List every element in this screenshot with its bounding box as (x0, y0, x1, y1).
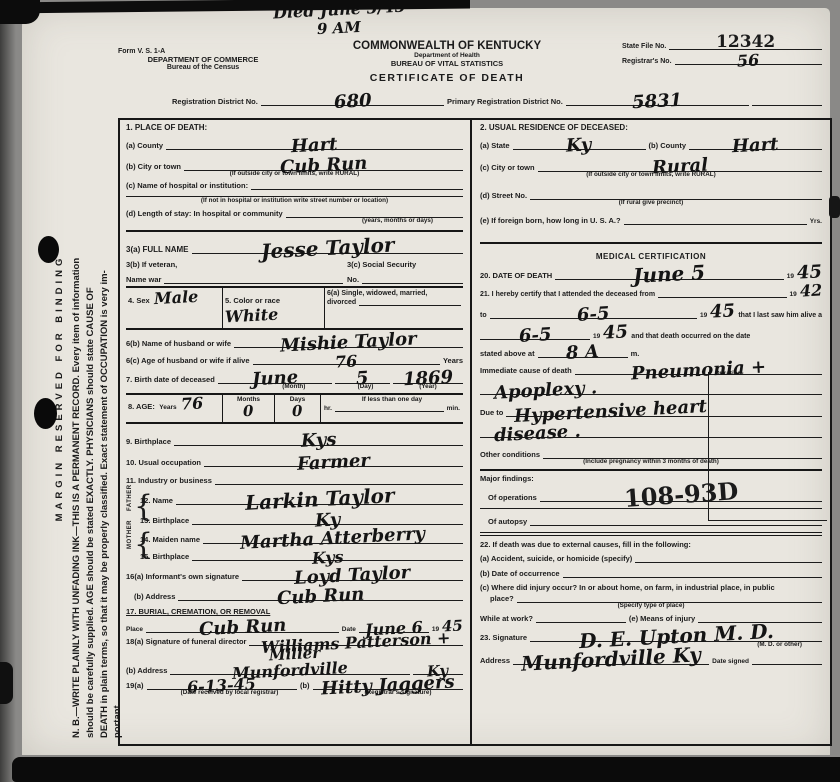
s2-state-label: (a) State (480, 141, 510, 150)
ext-a-label: (a) Accident, suicide, or homicide (spec… (480, 554, 632, 563)
of-autopsy-label: Of autopsy (480, 517, 527, 526)
immediate-cause-label: Immediate cause of death (480, 366, 572, 375)
burial-date-label: Date (342, 626, 356, 633)
color-race-value: White (225, 308, 279, 324)
physician-address: Munfordville Ky (521, 646, 702, 672)
c2-date: 6-5 (577, 306, 610, 323)
immediate-cause-value: Pneumonia + (630, 359, 766, 381)
spouse-birth-block: 6(b) Name of husband or wife Mishie Tayl… (126, 335, 463, 395)
medical-certification-title: MEDICAL CERTIFICATION (480, 252, 822, 261)
dept-health: Department of Health (302, 52, 592, 59)
age-less-cap: If less than one day (324, 396, 460, 403)
file-numbers: State File No. 12342 Registrar's No. 56 (622, 32, 822, 65)
informant-address-row: (b) Address Cub Run (126, 589, 463, 601)
mother-bp-label: 15. Birthplace (140, 552, 189, 561)
dod-value: June 5 (633, 264, 706, 285)
s2-city-note: (If outside city or town limits, write R… (480, 172, 822, 179)
veteran-war-label: Name war (126, 275, 161, 284)
ext-c-label: (c) Where did injury occur? In or about … (480, 583, 822, 592)
father-caption: FATHER (127, 503, 133, 511)
veteran-ssn-row: 3(b) If veteran, Name war 3(c) Social Se… (126, 258, 463, 288)
agency-block: Form V. S. 1-A DEPARTMENT OF COMMERCE Bu… (118, 48, 288, 71)
form-box: 1. PLACE OF DEATH: (a) County Hart (b) C… (118, 118, 832, 746)
marital-label: 6(a) Single, widowed, married, (327, 290, 461, 297)
certificate-title: CERTIFICATE OF DEATH (302, 72, 592, 84)
stated-above-row: stated above at 8 A m. (480, 345, 822, 357)
due-to-value2: disease . (494, 423, 581, 443)
c1-year: 42 (799, 284, 822, 299)
occupation-value: Farmer (297, 453, 371, 472)
sex-value: Male (154, 290, 199, 306)
ssn-no-label: No. (347, 275, 359, 284)
age-years-cap: Years (159, 404, 176, 411)
age-months: 0 (243, 405, 254, 418)
birth-day: 5 (356, 371, 369, 387)
s2-foreign-label: (e) If foreign born, how long in U. S. A… (480, 216, 621, 225)
certify-line3: 6-5 19 45 and that death occurred on the… (480, 325, 822, 340)
sex-label: 4. Sex (128, 296, 150, 305)
death-certificate-scan: MARGIN RESERVED FOR BINDING N. B.—WRITE … (0, 0, 840, 782)
date-of-death-row: 20. DATE OF DEATH June 5 19 45 (480, 265, 822, 280)
date-received-value: 6-13-45 (187, 678, 257, 695)
mother-bp-value: Kys (312, 550, 344, 565)
birth-month: June (251, 370, 298, 388)
ext-c-label2: place? (480, 594, 514, 603)
s2-state-value: Ky (566, 137, 592, 154)
birthplace-value: Kys (300, 433, 336, 450)
scan-black-bar-bottom (12, 757, 840, 782)
age-label: 8. AGE: (128, 402, 155, 411)
father-block: FATHER{ 12. Name Larkin Taylor 13. Birth… (126, 489, 463, 525)
occupation-label: 10. Usual occupation (126, 458, 201, 467)
regdist-number: 680 (333, 93, 371, 110)
burial-block: 17. BURIAL, CREMATION, OR REMOVAL Place … (126, 607, 463, 697)
c2-year: 45 (710, 303, 736, 320)
form-number: Form V. S. 1-A (118, 48, 288, 55)
primary-regdist-number: 5831 (632, 93, 683, 111)
margin-note-line: should be carefully supplied. AGE should… (84, 38, 98, 738)
bureau-vital: BUREAU OF VITAL STATISTICS (302, 59, 592, 68)
s1-county-label: (a) County (126, 141, 163, 150)
ext-c-cap: (Specify type of place) (480, 603, 822, 610)
informant-label: 16(a) Informant's own signature (126, 572, 239, 581)
burial-place-value: Cub Run (198, 618, 286, 638)
ext-means-label: (e) Means of injury (629, 614, 695, 623)
birthplace-label: 9. Birthplace (126, 437, 171, 446)
top-note-time: 9 AM (317, 21, 362, 36)
registration-district-row: Registration District No. 680 Primary Re… (172, 94, 822, 106)
immediate-cause-value2: Apoplexy . (494, 380, 598, 401)
sig-address-label: Address (480, 656, 510, 665)
c2-yr-pre: 19 (700, 312, 707, 319)
s1-hospital-note: (If not in hospital or institution write… (126, 196, 463, 205)
occupation-row: 10. Usual occupation Farmer (126, 455, 463, 467)
spouse-age-value: 76 (335, 354, 358, 369)
dod-year: 45 (797, 264, 823, 281)
certify-text1: 21. I hereby certify that I attended the… (480, 291, 655, 298)
sig-label: 23. Signature (480, 633, 527, 642)
dod-yr-pre: 19 (787, 273, 794, 280)
ext-title: 22. If death was due to external causes,… (480, 540, 822, 549)
of-operations-label: Of operations (480, 493, 537, 502)
stated-time: 8 A (566, 345, 600, 362)
mother-block: MOTHER{ 14. Maiden name Martha Atterberr… (126, 529, 463, 561)
birthdate-label: 7. Birth date of deceased (126, 375, 215, 384)
age-row: 8. AGE: Years 76 Months 0 Days 0 If less… (126, 395, 463, 424)
margin-note-line: N. B.—WRITE PLAINLY WITH UNFADING INK—TH… (70, 38, 84, 738)
s1-city-value: Cub Run (279, 156, 367, 176)
father-name-value: Larkin Taylor (244, 487, 394, 512)
certificate-paper: MARGIN RESERVED FOR BINDING N. B.—WRITE … (22, 8, 830, 755)
birthplace-row: 9. Birthplace Kys (126, 433, 463, 445)
dod-label: 20. DATE OF DEATH (480, 271, 552, 280)
registrar-signature: Hitty Jaggers (321, 674, 455, 696)
c3-yr-pre: 19 (593, 333, 600, 340)
industry-label: 11. Industry or business (126, 476, 212, 485)
s1-hospital-label: (c) Name of hospital or institution: (126, 181, 248, 190)
m-cap: m. (631, 349, 640, 358)
s1-title: 1. PLACE OF DEATH: (126, 123, 463, 132)
r19a-label: 19(a) (126, 681, 144, 690)
age-years: 76 (181, 397, 204, 412)
s2-city-value: Rural (651, 158, 708, 176)
external-causes-block: 22. If death was due to external causes,… (480, 540, 822, 623)
title-block: COMMONWEALTH OF KENTUCKY Department of H… (302, 40, 592, 84)
primary-regdist-label: Primary Registration District No. (447, 97, 563, 106)
full-name-label: 3(a) FULL NAME (126, 245, 189, 254)
marital-label2: divorced (327, 299, 356, 306)
s2-city-label: (c) City or town (480, 163, 535, 172)
father-bp-label: 13. Birthplace (140, 516, 189, 525)
c3-date: 6-5 (518, 327, 551, 344)
section-place-of-death: 1. PLACE OF DEATH: (a) County Hart (b) C… (126, 123, 463, 232)
informant-address-value: Cub Run (277, 586, 365, 606)
c2-rest: that I last saw him alive a (738, 312, 822, 319)
c2-to: to (480, 312, 487, 319)
registrar-no-label: Registrar's No. (622, 58, 672, 65)
hr-cap: hr. (324, 405, 332, 412)
s2-county-label: (b) County (649, 141, 687, 150)
s1-stay-note: (years, months or days) (126, 218, 463, 225)
stated-label: stated above at (480, 349, 535, 358)
mother-name-label: 14. Maiden name (140, 535, 200, 544)
birth-year: 1869 (403, 370, 454, 388)
commonwealth-title: COMMONWEALTH OF KENTUCKY (302, 40, 592, 52)
full-name-row: 3(a) FULL NAME Jesse Taylor (126, 240, 463, 254)
funeral-address-label: (b) Address (126, 666, 167, 675)
min-cap: min. (447, 405, 460, 412)
section-usual-residence: 2. USUAL RESIDENCE OF DECEASED: (a) Stat… (480, 123, 822, 244)
binding-label: MARGIN RESERVED FOR BINDING (54, 38, 65, 738)
ssn-label: 3(c) Social Security (347, 260, 463, 269)
father-bp-value: Ky (315, 512, 341, 529)
punch-hole (34, 398, 57, 429)
c3-year: 45 (603, 325, 629, 342)
punch-hole (38, 236, 59, 263)
scan-artifact (0, 662, 13, 704)
spouse-label: 6(b) Name of husband or wife (126, 339, 231, 348)
bureau-census: Bureau of the Census (118, 64, 288, 71)
mother-caption: MOTHER (127, 541, 133, 549)
full-name-value: Jesse Taylor (260, 237, 394, 261)
informant-row: 16(a) Informant's own signature Loyd Tay… (126, 568, 463, 580)
s2-title: 2. USUAL RESIDENCE OF DECEASED: (480, 123, 822, 132)
age-days: 0 (292, 405, 303, 418)
s2-foreign-unit: Yrs. (810, 218, 822, 225)
ext-b-label: (b) Date of occurrence (480, 569, 560, 578)
operations-code: 108-93D (623, 481, 738, 508)
state-file-label: State File No. (622, 43, 666, 50)
c3-rest: and that death occurred on the date (631, 333, 750, 340)
due-to-label: Due to (480, 408, 503, 417)
date-signed-label: Date signed (712, 658, 749, 665)
due-to-value: Hypertensive heart (514, 399, 708, 424)
burial-place-label: Place (126, 626, 143, 633)
sex-color-marital-row: 4. Sex Male 5. Color or race White 6(a) … (126, 288, 463, 330)
s2-street-label: (d) Street No. (480, 191, 527, 200)
other-conditions-label: Other conditions (480, 450, 540, 459)
informant-address-label: (b) Address (126, 592, 175, 601)
r19b-label: (b) (300, 681, 310, 690)
regdist-label: Registration District No. (172, 97, 258, 106)
left-column: 1. PLACE OF DEATH: (a) County Hart (b) C… (120, 120, 472, 744)
s2-street-note: (If rural give precinct) (480, 200, 822, 207)
father-name-label: 12. Name (140, 496, 173, 505)
s2-county-value: Hart (732, 137, 779, 155)
margin-note-line: DEATH in plain terms, so that it may be … (98, 38, 112, 738)
certify-line2: to 6-5 19 45 that I last saw him alive a (480, 304, 822, 319)
state-file-number: 12342 (716, 32, 775, 52)
s1-stay-label: (d) Length of stay: In hospital or commu… (126, 209, 283, 218)
right-column: 2. USUAL RESIDENCE OF DECEASED: (a) Stat… (472, 120, 830, 744)
s1-county-value: Hart (291, 137, 338, 155)
scan-artifact (829, 196, 840, 218)
spouse-age-label: 6(c) Age of husband or wife if alive (126, 356, 250, 365)
s1-city-label: (b) City or town (126, 162, 181, 171)
c1-yr-pre: 19 (790, 291, 797, 298)
years-unit: Years (443, 356, 463, 365)
registrar-number: 56 (737, 53, 760, 68)
scan-corner (0, 0, 40, 24)
ext-work-label: While at work? (480, 614, 533, 623)
veteran-label: 3(b) If veteran, (126, 260, 343, 269)
dept-commerce: DEPARTMENT OF COMMERCE (118, 55, 288, 64)
industry-row: 11. Industry or business (126, 476, 463, 485)
physician-signature-block: 23. Signature D. E. Upton M. D. (M. D. o… (480, 628, 822, 665)
